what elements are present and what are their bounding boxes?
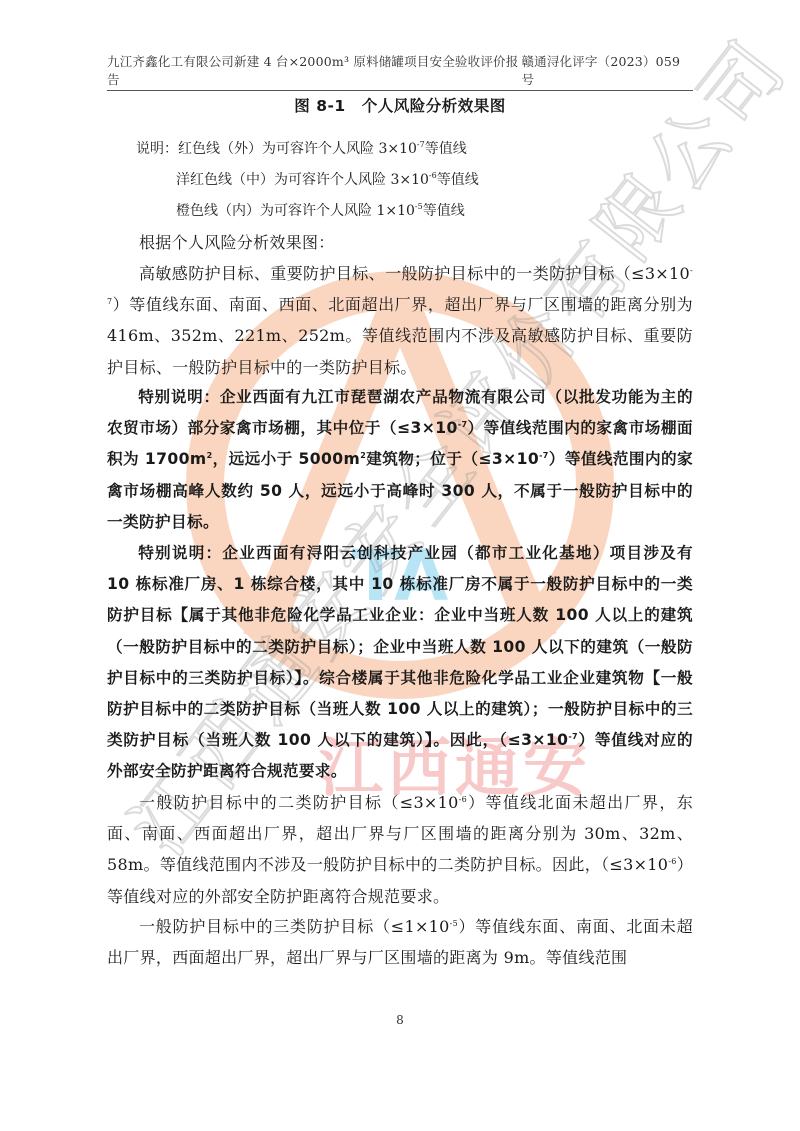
page-number: 8 xyxy=(0,1013,800,1027)
paragraph-special-note-industrial-park: 特别说明：企业西面有浔阳云创科技产业园（都市工业化基地）项目涉及有 10 栋标准… xyxy=(107,538,693,788)
legend-note-magenta: 洋红色线（中）为可容许个人风险 3×10-6等值线 xyxy=(176,169,479,189)
paragraph-class3-targets: 一般防护目标中的三类防护目标（≤1×10-5）等值线东面、南面、北面未超出厂界，… xyxy=(107,911,693,973)
legend-prefix: 说明： xyxy=(136,141,178,157)
paragraph-class1-targets: 高敏感防护目标、重要防护目标、一般防护目标中的一类防护目标（≤3×10-7）等值… xyxy=(107,258,693,383)
paragraph-intro: 根据个人风险分析效果图： xyxy=(107,227,693,258)
figure-title: 图 8-1 个人风险分析效果图 xyxy=(0,94,800,116)
running-header: 九江齐鑫化工有限公司新建 4 台×2000m³ 原料储罐项目安全验收评价报告 赣… xyxy=(107,66,693,91)
paragraph-class2-targets: 一般防护目标中的二类防护目标（≤3×10-6）等值线北面未超出厂界，东面、南面、… xyxy=(107,787,693,912)
legend-note-orange: 橙色线（内）为可容许个人风险 1×10-5等值线 xyxy=(176,200,465,220)
document-page: 九江齐鑫化工有限公司新建 4 台×2000m³ 原料储罐项目安全验收评价报告 赣… xyxy=(0,0,800,1131)
header-report-title: 九江齐鑫化工有限公司新建 4 台×2000m³ 原料储罐项目安全验收评价报告 xyxy=(107,52,521,88)
legend-note-red: 说明：红色线（外）为可容许个人风险 3×10-7等值线 xyxy=(136,138,467,158)
header-report-number: 赣通浔化评字（2023）059 号 xyxy=(521,52,693,88)
paragraph-special-note-market: 特别说明：企业西面有九江市琵琶湖农产品物流有限公司（以批发功能为主的农贸市场）部… xyxy=(107,382,693,538)
